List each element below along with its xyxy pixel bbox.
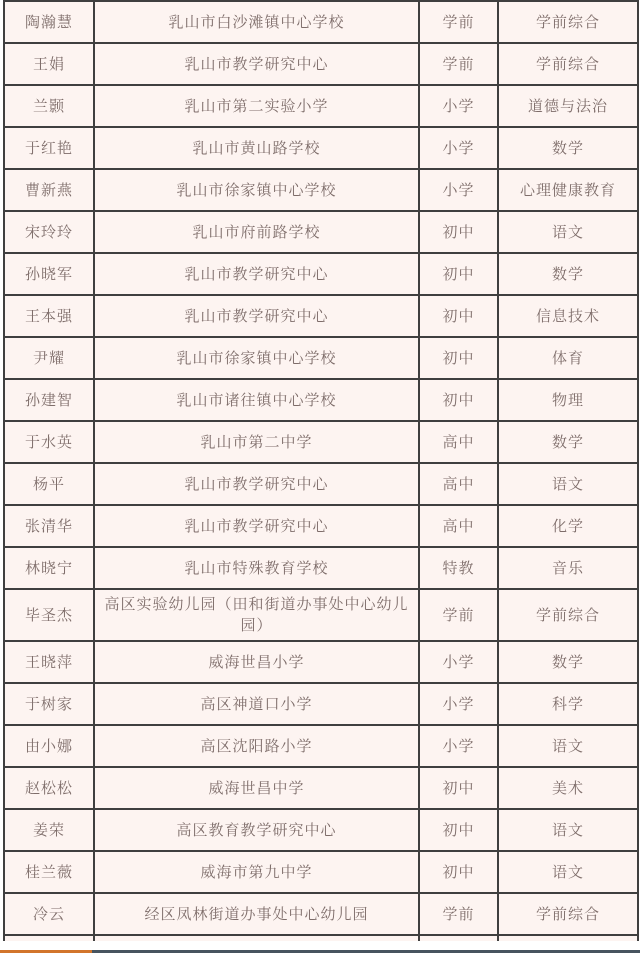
teacher-name-cell: 冷云 bbox=[4, 893, 94, 935]
school-level-cell: 初中 bbox=[419, 767, 498, 809]
teacher-name-cell: 王娟 bbox=[4, 43, 94, 85]
subject-cell: 信息技术 bbox=[498, 295, 638, 337]
partial-cell bbox=[4, 935, 94, 941]
progress-track[interactable] bbox=[0, 950, 640, 953]
table-row: 孙晓军 乳山市教学研究中心 初中 数学 bbox=[4, 253, 638, 295]
teacher-roster-table: 陶瀚慧 乳山市白沙滩镇中心学校 学前 学前综合 王娟 乳山市教学研究中心 学前 … bbox=[3, 0, 639, 941]
table-row: 姜荣 高区教育教学研究中心 初中 语文 bbox=[4, 809, 638, 851]
school-name-cell: 高区教育教学研究中心 bbox=[94, 809, 419, 851]
school-name-cell: 高区沈阳路小学 bbox=[94, 725, 419, 767]
school-level-cell: 小学 bbox=[419, 725, 498, 767]
teacher-name-cell: 兰颢 bbox=[4, 85, 94, 127]
school-level-cell: 学前 bbox=[419, 43, 498, 85]
subject-cell: 心理健康教育 bbox=[498, 169, 638, 211]
subject-cell: 语文 bbox=[498, 809, 638, 851]
subject-cell: 数学 bbox=[498, 127, 638, 169]
school-name-cell: 乳山市诸往镇中心学校 bbox=[94, 379, 419, 421]
school-name-cell: 乳山市黄山路学校 bbox=[94, 127, 419, 169]
teacher-name-cell: 毕圣杰 bbox=[4, 589, 94, 641]
table-row: 于树家 高区神道口小学 小学 科学 bbox=[4, 683, 638, 725]
school-name-cell: 乳山市第二中学 bbox=[94, 421, 419, 463]
subject-cell: 数学 bbox=[498, 421, 638, 463]
school-name-cell: 威海世昌小学 bbox=[94, 641, 419, 683]
table-row: 尹耀 乳山市徐家镇中心学校 初中 体育 bbox=[4, 337, 638, 379]
school-level-cell: 小学 bbox=[419, 127, 498, 169]
subject-cell: 物理 bbox=[498, 379, 638, 421]
school-level-cell: 小学 bbox=[419, 85, 498, 127]
table-row: 于红艳 乳山市黄山路学校 小学 数学 bbox=[4, 127, 638, 169]
subject-cell: 学前综合 bbox=[498, 1, 638, 43]
school-name-cell: 乳山市第二实验小学 bbox=[94, 85, 419, 127]
subject-cell: 数学 bbox=[498, 253, 638, 295]
table-row: 陶瀚慧 乳山市白沙滩镇中心学校 学前 学前综合 bbox=[4, 1, 638, 43]
screen: 陶瀚慧 乳山市白沙滩镇中心学校 学前 学前综合 王娟 乳山市教学研究中心 学前 … bbox=[0, 0, 640, 954]
school-name-cell: 乳山市府前路学校 bbox=[94, 211, 419, 253]
school-level-cell: 小学 bbox=[419, 169, 498, 211]
table-row: 于水英 乳山市第二中学 高中 数学 bbox=[4, 421, 638, 463]
partial-cell bbox=[419, 935, 498, 941]
school-level-cell: 学前 bbox=[419, 1, 498, 43]
partial-cell bbox=[498, 935, 638, 941]
school-level-cell: 初中 bbox=[419, 211, 498, 253]
subject-cell: 学前综合 bbox=[498, 589, 638, 641]
school-name-cell: 乳山市教学研究中心 bbox=[94, 505, 419, 547]
teacher-name-cell: 赵松松 bbox=[4, 767, 94, 809]
teacher-name-cell: 王本强 bbox=[4, 295, 94, 337]
subject-cell: 科学 bbox=[498, 683, 638, 725]
school-level-cell: 初中 bbox=[419, 253, 498, 295]
school-level-cell: 初中 bbox=[419, 809, 498, 851]
subject-cell: 化学 bbox=[498, 505, 638, 547]
subject-cell: 学前综合 bbox=[498, 893, 638, 935]
school-name-cell: 乳山市徐家镇中心学校 bbox=[94, 169, 419, 211]
teacher-name-cell: 张清华 bbox=[4, 505, 94, 547]
school-name-cell: 乳山市教学研究中心 bbox=[94, 295, 419, 337]
school-level-cell: 小学 bbox=[419, 641, 498, 683]
school-level-cell: 高中 bbox=[419, 505, 498, 547]
subject-cell: 学前综合 bbox=[498, 43, 638, 85]
teacher-name-cell: 杨平 bbox=[4, 463, 94, 505]
school-name-cell: 乳山市徐家镇中心学校 bbox=[94, 337, 419, 379]
subject-cell: 音乐 bbox=[498, 547, 638, 589]
school-level-cell: 特教 bbox=[419, 547, 498, 589]
school-level-cell: 初中 bbox=[419, 851, 498, 893]
school-level-cell: 高中 bbox=[419, 463, 498, 505]
school-name-cell: 威海世昌中学 bbox=[94, 767, 419, 809]
table-row: 林晓宁 乳山市特殊教育学校 特教 音乐 bbox=[4, 547, 638, 589]
teacher-name-cell: 由小娜 bbox=[4, 725, 94, 767]
school-name-cell: 威海市第九中学 bbox=[94, 851, 419, 893]
table-row: 孙建智 乳山市诸往镇中心学校 初中 物理 bbox=[4, 379, 638, 421]
partial-next-row bbox=[4, 935, 638, 941]
school-level-cell: 初中 bbox=[419, 337, 498, 379]
teacher-name-cell: 宋玲玲 bbox=[4, 211, 94, 253]
table-row: 杨平 乳山市教学研究中心 高中 语文 bbox=[4, 463, 638, 505]
subject-cell: 道德与法治 bbox=[498, 85, 638, 127]
teacher-name-cell: 于树家 bbox=[4, 683, 94, 725]
subject-cell: 语文 bbox=[498, 851, 638, 893]
teacher-name-cell: 陶瀚慧 bbox=[4, 1, 94, 43]
table-row: 毕圣杰 高区实验幼儿园（田和街道办事处中心幼儿园） 学前 学前综合 bbox=[4, 589, 638, 641]
teacher-name-cell: 孙建智 bbox=[4, 379, 94, 421]
progress-fill[interactable] bbox=[0, 950, 92, 953]
table-row: 冷云 经区凤林街道办事处中心幼儿园 学前 学前综合 bbox=[4, 893, 638, 935]
table-row: 桂兰薇 威海市第九中学 初中 语文 bbox=[4, 851, 638, 893]
table-row: 兰颢 乳山市第二实验小学 小学 道德与法治 bbox=[4, 85, 638, 127]
teacher-name-cell: 于红艳 bbox=[4, 127, 94, 169]
school-name-cell: 乳山市特殊教育学校 bbox=[94, 547, 419, 589]
teacher-name-cell: 孙晓军 bbox=[4, 253, 94, 295]
subject-cell: 语文 bbox=[498, 463, 638, 505]
table-row: 王娟 乳山市教学研究中心 学前 学前综合 bbox=[4, 43, 638, 85]
school-level-cell: 学前 bbox=[419, 589, 498, 641]
teacher-name-cell: 于水英 bbox=[4, 421, 94, 463]
school-name-cell: 乳山市白沙滩镇中心学校 bbox=[94, 1, 419, 43]
school-name-cell: 乳山市教学研究中心 bbox=[94, 463, 419, 505]
partial-cell bbox=[94, 935, 419, 941]
school-level-cell: 高中 bbox=[419, 421, 498, 463]
table-row: 宋玲玲 乳山市府前路学校 初中 语文 bbox=[4, 211, 638, 253]
teacher-name-cell: 姜荣 bbox=[4, 809, 94, 851]
school-name-cell: 高区实验幼儿园（田和街道办事处中心幼儿园） bbox=[94, 589, 419, 641]
school-name-cell: 乳山市教学研究中心 bbox=[94, 253, 419, 295]
teacher-roster-body: 陶瀚慧 乳山市白沙滩镇中心学校 学前 学前综合 王娟 乳山市教学研究中心 学前 … bbox=[4, 1, 638, 941]
table-row: 赵松松 威海世昌中学 初中 美术 bbox=[4, 767, 638, 809]
subject-cell: 语文 bbox=[498, 725, 638, 767]
school-level-cell: 初中 bbox=[419, 379, 498, 421]
subject-cell: 语文 bbox=[498, 211, 638, 253]
subject-cell: 体育 bbox=[498, 337, 638, 379]
school-name-cell: 高区神道口小学 bbox=[94, 683, 419, 725]
table-row: 张清华 乳山市教学研究中心 高中 化学 bbox=[4, 505, 638, 547]
table-row: 王本强 乳山市教学研究中心 初中 信息技术 bbox=[4, 295, 638, 337]
table-row: 曹新燕 乳山市徐家镇中心学校 小学 心理健康教育 bbox=[4, 169, 638, 211]
table-row: 由小娜 高区沈阳路小学 小学 语文 bbox=[4, 725, 638, 767]
school-name-cell: 乳山市教学研究中心 bbox=[94, 43, 419, 85]
teacher-name-cell: 王晓萍 bbox=[4, 641, 94, 683]
school-level-cell: 初中 bbox=[419, 295, 498, 337]
school-level-cell: 小学 bbox=[419, 683, 498, 725]
teacher-name-cell: 尹耀 bbox=[4, 337, 94, 379]
table-row: 王晓萍 威海世昌小学 小学 数学 bbox=[4, 641, 638, 683]
subject-cell: 数学 bbox=[498, 641, 638, 683]
school-level-cell: 学前 bbox=[419, 893, 498, 935]
teacher-name-cell: 林晓宁 bbox=[4, 547, 94, 589]
teacher-name-cell: 曹新燕 bbox=[4, 169, 94, 211]
teacher-name-cell: 桂兰薇 bbox=[4, 851, 94, 893]
subject-cell: 美术 bbox=[498, 767, 638, 809]
school-name-cell: 经区凤林街道办事处中心幼儿园 bbox=[94, 893, 419, 935]
